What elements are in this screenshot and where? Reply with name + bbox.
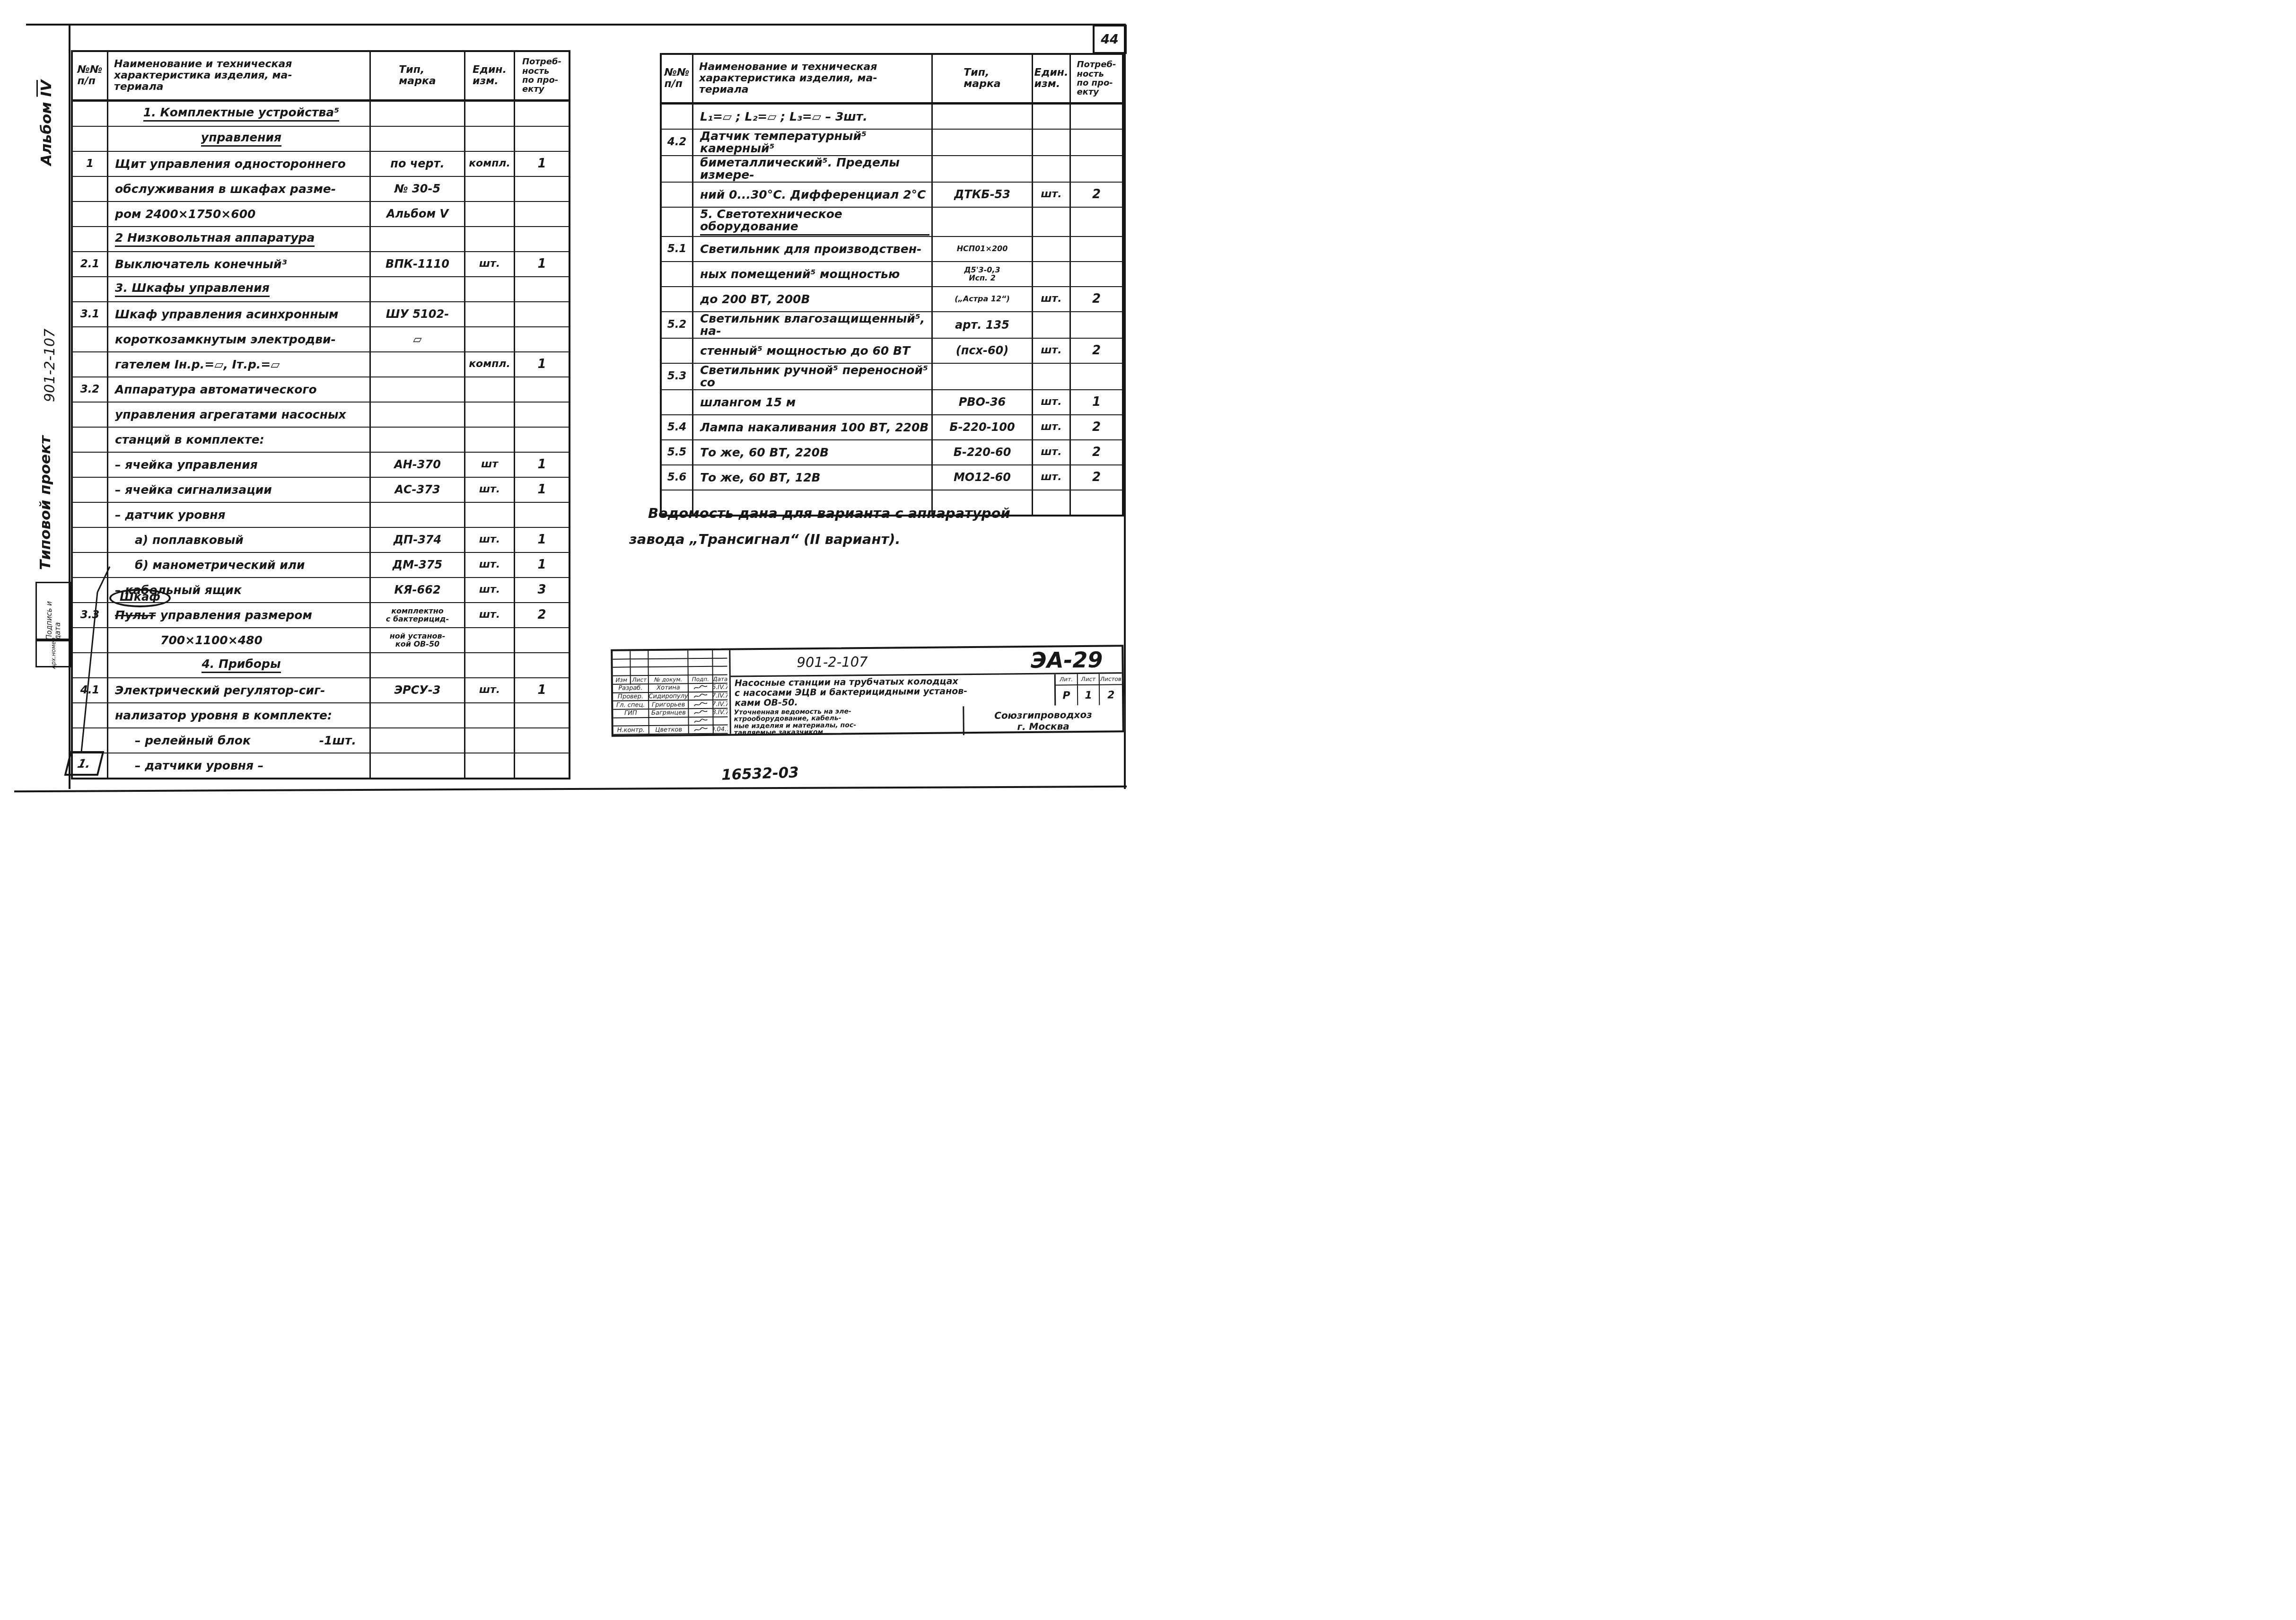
item-name-text: Шкаф управления асинхронным	[115, 308, 338, 321]
item-name-text: 1. Комплектные устройства⁵	[143, 106, 339, 122]
quantity: 2	[515, 603, 569, 627]
page-number: 44	[1101, 32, 1119, 47]
row-number	[662, 287, 693, 311]
table-row: ных помещений⁵ мощностьюД5'3-0,3 Исп. 2	[662, 262, 1122, 287]
row-number	[662, 183, 693, 207]
quantity	[515, 102, 569, 126]
signature-date: 17.IV.79	[713, 692, 727, 701]
type-mark	[371, 352, 465, 377]
table-row: короткозамкнутым электродви-▱	[73, 327, 569, 352]
item-name-text: шлангом 15 м	[700, 396, 796, 409]
revision-cell	[613, 668, 631, 676]
frame-right-line	[1124, 24, 1126, 789]
note-line-1: Ведомость дана для варианта с аппаратуро…	[629, 500, 1010, 526]
quantity: 2	[1071, 415, 1122, 439]
item-name-text: 700×1100×480	[160, 634, 263, 647]
unit	[1033, 312, 1071, 338]
footnote-marker-box: 1.	[64, 751, 105, 776]
row-number: 5.2	[662, 312, 693, 338]
item-name-text: – релейный блок	[135, 735, 251, 747]
item-name-text: станций в комплекте:	[115, 434, 264, 446]
col-type-header: Тип, марка	[933, 55, 1033, 102]
revision-cell	[648, 659, 688, 667]
item-name-text: Щит управления одностороннего	[115, 158, 346, 170]
type-mark	[371, 703, 465, 727]
scanned-drawing-sheet: 44 Альбом IV 901-2-107 Типовой проект По…	[0, 0, 1148, 810]
type-mark: № 30-5	[371, 177, 465, 201]
quantity	[515, 177, 569, 201]
type-mark	[371, 428, 465, 452]
quantity	[1071, 312, 1122, 338]
unit: шт.	[1033, 415, 1071, 439]
table-row: станций в комплекте:	[73, 428, 569, 453]
unit	[1033, 105, 1071, 129]
quantity: 1	[515, 352, 569, 377]
item-name: гателем Iн.р.=▱, Iт.р.=▱	[108, 352, 371, 377]
revision-cell	[613, 651, 631, 659]
page-number-box: 44	[1093, 25, 1127, 54]
table-row: – датчик уровня	[73, 503, 569, 528]
revision-header-cell: № докум.	[649, 675, 689, 684]
table-row: 2 Низковольтная аппаратура	[73, 227, 569, 252]
row-number: 3.2	[73, 377, 108, 402]
signature	[689, 726, 714, 734]
table-row: 5.3Светильник ручной⁵ переносной⁵ со	[662, 364, 1122, 390]
row-number	[73, 227, 108, 251]
type-mark	[371, 753, 465, 778]
item-name: короткозамкнутым электродви-	[108, 327, 371, 351]
col-name-header: Наименование и техническая характеристик…	[693, 55, 933, 102]
signature	[689, 717, 713, 726]
equipment-table-right: №№ п/п Наименование и техническая характ…	[660, 53, 1124, 517]
revision-cell	[613, 659, 631, 668]
unit	[1033, 364, 1071, 389]
col-name-header: Наименование и техническая характеристик…	[108, 52, 371, 99]
row-number	[73, 177, 108, 201]
item-name-text: ром 2400×1750×600	[115, 208, 255, 220]
signer-role: Гл. спец.	[613, 701, 649, 709]
type-mark: МО12-60	[933, 465, 1033, 490]
unit: компл.	[465, 352, 515, 377]
item-name: – датчик уровня	[108, 503, 371, 527]
table-row: 3.3ШкафПультуправления размеромкомплектн…	[73, 603, 569, 628]
type-mark	[933, 130, 1033, 155]
item-name: – датчики уровня –	[108, 753, 371, 778]
quantity	[515, 653, 569, 677]
row-number	[73, 553, 108, 577]
item-name: Датчик температурный⁵ камерный⁵	[693, 130, 933, 155]
unit: компл.	[465, 152, 515, 176]
revision-cell	[713, 667, 727, 675]
sidebar-project-code: 901-2-107	[42, 329, 58, 402]
item-name-text: обслуживания в шкафах разме-	[115, 183, 336, 195]
project-code: 901-2-107	[797, 654, 868, 670]
revision-cell	[688, 650, 713, 659]
type-mark: арт. 135	[933, 312, 1033, 338]
quantity	[515, 277, 569, 301]
unit: шт.	[1033, 183, 1071, 207]
item-name: ром 2400×1750×600	[108, 202, 371, 226]
item-name-text: а) поплавковый	[135, 534, 244, 546]
row-number	[73, 327, 108, 351]
equipment-table-left: №№ п/п Наименование и техническая характ…	[71, 50, 570, 779]
quantity	[515, 428, 569, 452]
unit: шт.	[1033, 465, 1071, 490]
item-name: управления агрегатами насосных	[108, 403, 371, 427]
quantity: 3	[515, 578, 569, 602]
table-row: гателем Iн.р.=▱, Iт.р.=▱компл.1	[73, 352, 569, 377]
unit: шт.	[465, 252, 515, 276]
item-name-text: То же, 60 ВТ, 220В	[700, 447, 829, 459]
item-name-text: короткозамкнутым электродви-	[115, 333, 336, 346]
row-number	[73, 277, 108, 301]
item-name-text: ных помещений⁵ мощностью	[700, 268, 900, 280]
type-mark	[371, 102, 465, 126]
revision-cell	[688, 659, 713, 667]
quantity	[1071, 237, 1122, 261]
unit	[465, 503, 515, 527]
type-mark	[371, 277, 465, 301]
type-mark: ДП-374	[371, 528, 465, 552]
table-row: 3. Шкафы управления	[73, 277, 569, 302]
table-row: 700×1100×480ной установ- кой ОВ-50	[73, 628, 569, 653]
revision-cell	[631, 651, 648, 659]
item-name: Светильник ручной⁵ переносной⁵ со	[693, 364, 933, 389]
row-number	[662, 339, 693, 363]
unit	[465, 653, 515, 677]
signer-name: Сидиропулу	[649, 692, 689, 701]
quantity: 2	[1071, 440, 1122, 464]
title-block-middle: Насосные станции на трубчатых колодцах с…	[731, 674, 1122, 708]
frame-top-line	[26, 24, 1126, 26]
signature-date: 17.IV.79	[713, 701, 727, 709]
title-block-codes: 901-2-107 ЭА-29	[730, 647, 1122, 677]
type-mark	[933, 156, 1033, 182]
type-mark	[371, 403, 465, 427]
type-mark	[371, 227, 465, 251]
type-mark: Д5'3-0,3 Исп. 2	[933, 262, 1033, 286]
signature	[689, 701, 713, 709]
type-mark: („Астра 12“)	[933, 287, 1033, 311]
table-body-left: 1. Комплектные устройства⁵управления1Щит…	[73, 102, 569, 778]
item-name: То же, 60 ВТ, 220В	[693, 440, 933, 464]
item-name: Шкаф управления асинхронным	[108, 302, 371, 326]
quantity	[1071, 364, 1122, 389]
row-number: 5.1	[662, 237, 693, 261]
quantity	[515, 703, 569, 727]
unit: шт.	[1033, 440, 1071, 464]
sidebar-album-label: Альбом IV	[38, 80, 55, 166]
item-name-text: – датчик уровня	[115, 509, 226, 521]
item-name-text: 5. Светотехническое оборудование	[700, 208, 929, 236]
item-name: 4. Приборы	[108, 653, 371, 677]
signer-name: Хотина	[649, 684, 689, 692]
unit: шт.	[1033, 287, 1071, 311]
quantity: 2	[1071, 287, 1122, 311]
quantity: 2	[1071, 465, 1122, 490]
quantity	[515, 753, 569, 778]
item-name: 2 Низковольтная аппаратура	[108, 227, 371, 251]
unit	[465, 127, 515, 151]
type-mark	[371, 728, 465, 753]
table-row: ний 0...30°С. Дифференциал 2°СДТКБ-53шт.…	[662, 183, 1122, 208]
table-row: 5.1Светильник для производствен-НСП01×20…	[662, 237, 1122, 262]
unit	[465, 753, 515, 778]
table-row: б) манометрический илиДМ-375шт.1	[73, 553, 569, 578]
item-name: нализатор уровня в комплекте:	[108, 703, 371, 727]
signer-name: Григорьев	[649, 701, 689, 709]
item-name: обслуживания в шкафах разме-	[108, 177, 371, 201]
quantity: 1	[515, 528, 569, 552]
unit: шт.	[465, 603, 515, 627]
table-row: биметаллический⁵. Пределы измере-	[662, 156, 1122, 183]
album-number: IV	[38, 80, 55, 97]
quantity	[1071, 130, 1122, 155]
signature-date	[713, 717, 727, 726]
table-row: 3.1Шкаф управления асинхроннымШУ 5102-	[73, 302, 569, 327]
row-number: 3.1	[73, 302, 108, 326]
quantity: 1	[515, 453, 569, 477]
item-name: б) манометрический или	[108, 553, 371, 577]
signature	[689, 684, 713, 692]
type-mark	[371, 503, 465, 527]
title-block: ИзмЛист№ докум.Подп.ДатаРазраб.Хотина16.…	[611, 645, 1124, 736]
item-name-text: биметаллический⁵. Пределы измере-	[700, 157, 929, 181]
row-number	[73, 503, 108, 527]
revision-cell	[713, 650, 727, 659]
type-mark: комплектно с бактерицид-	[371, 603, 465, 627]
unit: шт.	[465, 678, 515, 702]
signer-name	[649, 718, 689, 726]
unit	[465, 428, 515, 452]
revision-cell	[631, 659, 648, 668]
revision-header-cell: Дата	[713, 675, 727, 684]
table-row: 3.2Аппаратура автоматического	[73, 377, 569, 403]
item-name: Электрический регулятор-сиг-	[108, 678, 371, 702]
table-row: 4. Приборы	[73, 653, 569, 678]
quantity: 2	[1071, 183, 1122, 207]
quantity	[515, 728, 569, 753]
table-row: а) поплавковыйДП-374шт.1	[73, 528, 569, 553]
col-num-header: №№ п/п	[73, 52, 108, 99]
quantity	[515, 628, 569, 652]
table-row: 1Щит управления одностороннегопо черт.ко…	[73, 152, 569, 177]
signature	[689, 709, 713, 718]
revision-cell	[713, 658, 727, 667]
unit: шт.	[1033, 390, 1071, 414]
unit: шт.	[1033, 339, 1071, 363]
item-name-text: – ячейка управления	[115, 459, 258, 471]
row-number	[73, 127, 108, 151]
revision-signature-grid: ИзмЛист№ докум.Подп.ДатаРазраб.Хотина16.…	[613, 650, 731, 735]
type-mark: ДТКБ-53	[933, 183, 1033, 207]
item-name: 3. Шкафы управления	[108, 277, 371, 301]
row-number: 5.5	[662, 440, 693, 464]
table-row: 4.1Электрический регулятор-сиг-ЭРСУ-3шт.…	[73, 678, 569, 703]
revision-cell	[649, 667, 689, 676]
item-name-text: ний 0...30°С. Дифференциал 2°С	[700, 189, 926, 201]
quantity	[515, 202, 569, 226]
item-name-text: 3. Шкафы управления	[115, 282, 270, 297]
correction-crossed-word: Пульт	[115, 609, 156, 622]
row-number	[73, 352, 108, 377]
quantity: 1	[1071, 390, 1122, 414]
drawing-title: Насосные станции на трубчатых колодцах с…	[731, 674, 1056, 709]
type-mark	[933, 364, 1033, 389]
item-name: шлангом 15 м	[693, 390, 933, 414]
item-name: – ячейка управления	[108, 453, 371, 477]
item-name: 5. Светотехническое оборудование	[693, 208, 933, 236]
unit	[1033, 208, 1071, 236]
item-name: – ячейка сигнализации	[108, 478, 371, 502]
row-number	[73, 202, 108, 226]
item-name: биметаллический⁵. Пределы измере-	[693, 156, 933, 182]
unit	[465, 227, 515, 251]
col-qty-header: Потреб- ность по про- екту	[515, 52, 569, 99]
row-number	[73, 528, 108, 552]
quantity	[515, 377, 569, 402]
unit	[465, 628, 515, 652]
table-row: шлангом 15 мРВО-36шт.1	[662, 390, 1122, 415]
signer-role: Разраб.	[613, 684, 649, 693]
item-name: – релейный блок-1шт.	[108, 728, 371, 753]
table-row: 5.4Лампа накаливания 100 ВТ, 220ВБ-220-1…	[662, 415, 1122, 440]
type-mark	[371, 653, 465, 677]
item-name-text: 2 Низковольтная аппаратура	[115, 232, 315, 247]
variant-note: Ведомость дана для варианта с аппаратуро…	[629, 500, 1010, 552]
revision-cell	[631, 667, 649, 676]
type-mark: АС-373	[371, 478, 465, 502]
row-number	[73, 453, 108, 477]
table-row: 5.2Светильник влагозащищенный⁵, на-арт. …	[662, 312, 1122, 339]
item-name-text: – ячейка сигнализации	[115, 484, 272, 496]
signer-name: Багрянцев	[649, 709, 689, 718]
type-mark: ВПК-1110	[371, 252, 465, 276]
quantity: 2	[1071, 339, 1122, 363]
archive-code: 16532-03	[721, 764, 799, 784]
signer-role	[613, 718, 649, 727]
signature	[689, 692, 713, 701]
row-number	[73, 653, 108, 677]
type-mark	[933, 105, 1033, 129]
row-number	[662, 262, 693, 286]
col-unit-header: Един. изм.	[465, 52, 515, 99]
item-name: Лампа накаливания 100 ВТ, 220В	[693, 415, 933, 439]
table-row: управления агрегатами насосных	[73, 403, 569, 428]
table-row: 5. Светотехническое оборудование	[662, 208, 1122, 237]
lit-header-cell: Лист	[1078, 674, 1100, 685]
item-name: 700×1100×480	[108, 628, 371, 652]
table-row: 5.5То же, 60 ВТ, 220ВБ-220-60шт.2	[662, 440, 1122, 465]
type-mark: НСП01×200	[933, 237, 1033, 261]
table-row: обслуживания в шкафах разме-№ 30-5	[73, 177, 569, 202]
signer-role: Провер.	[613, 693, 649, 701]
row-number	[73, 403, 108, 427]
row-number	[73, 478, 108, 502]
col-num-header: №№ п/п	[662, 55, 693, 102]
unit	[465, 327, 515, 351]
type-mark: Б-220-100	[933, 415, 1033, 439]
row-number	[662, 390, 693, 414]
document-type: Уточненная ведомость на эле- ктрооборудо…	[731, 706, 964, 737]
row-number: 5.4	[662, 415, 693, 439]
item-name-text: б) манометрический или	[135, 559, 305, 571]
revision-header-cell: Подп.	[689, 675, 713, 684]
table-row: ром 2400×1750×600Альбом V	[73, 202, 569, 227]
item-name-text: управления размером	[160, 609, 312, 622]
frame-left-line	[69, 24, 70, 789]
item-name-text: L₁=▱ ; L₂=▱ ; L₃=▱ – 3шт.	[700, 111, 868, 123]
item-name-text: Выключатель конечный³	[115, 258, 287, 271]
lit-value-cell: 1	[1078, 685, 1100, 705]
unit	[465, 177, 515, 201]
item-name-text: гателем Iн.р.=▱, Iт.р.=▱	[115, 359, 280, 371]
row-number: 2.1	[73, 252, 108, 276]
unit: шт.	[465, 478, 515, 502]
item-name: ШкафПультуправления размером	[108, 603, 371, 627]
quantity	[515, 127, 569, 151]
album-word: Альбом	[38, 97, 55, 166]
item-name: L₁=▱ ; L₂=▱ ; L₃=▱ – 3шт.	[693, 105, 933, 129]
lit-list-block: Лит.ЛистЛистовР12	[1056, 674, 1122, 705]
item-name: до 200 ВТ, 200В	[693, 287, 933, 311]
item-name: стенный⁵ мощностью до 60 ВТ	[693, 339, 933, 363]
item-name: Аппаратура автоматического	[108, 377, 371, 402]
signer-name: Цветков	[649, 726, 689, 735]
item-name-text: Датчик температурный⁵ камерный⁵	[700, 130, 929, 155]
type-mark: ной установ- кой ОВ-50	[371, 628, 465, 652]
quantity	[1071, 208, 1122, 236]
footnote-marker: 1.	[76, 757, 92, 771]
inline-quantity: -1шт.	[319, 735, 368, 747]
sheet-code: ЭА-29	[1031, 647, 1103, 673]
row-number: 3.3	[73, 603, 108, 627]
type-mark	[371, 377, 465, 402]
quantity	[515, 327, 569, 351]
lit-value-cell: 2	[1100, 685, 1122, 705]
unit	[465, 377, 515, 402]
lit-value-cell: Р	[1056, 685, 1078, 705]
row-number	[73, 428, 108, 452]
table-row: 2.1Выключатель конечный³ВПК-1110шт.1	[73, 252, 569, 277]
item-name: станций в комплекте:	[108, 428, 371, 452]
item-name-text: Лампа накаливания 100 ВТ, 220В	[700, 421, 929, 434]
quantity: 1	[515, 252, 569, 276]
revision-cell	[689, 667, 713, 675]
col-unit-header: Един. изм.	[1033, 55, 1071, 102]
row-number	[73, 102, 108, 126]
table-header: №№ п/п Наименование и техническая характ…	[662, 55, 1122, 105]
revision-cell	[648, 650, 688, 659]
row-number	[662, 156, 693, 182]
item-name: Светильник для производствен-	[693, 237, 933, 261]
quantity	[1071, 262, 1122, 286]
signature-date-box: Подпись и дата	[35, 582, 71, 641]
signature-date: 18.IV.79	[713, 709, 727, 717]
row-number: 4.1	[73, 678, 108, 702]
item-name: ний 0...30°С. Дифференциал 2°С	[693, 183, 933, 207]
unit: шт.	[465, 578, 515, 602]
archive-number-box: Арх.номер	[35, 639, 71, 667]
type-mark: ▱	[371, 327, 465, 351]
unit	[465, 403, 515, 427]
table-row: – ячейка сигнализацииАС-373шт.1	[73, 478, 569, 503]
type-mark: Б-220-60	[933, 440, 1033, 464]
type-mark: по черт.	[371, 152, 465, 176]
unit	[1033, 262, 1071, 286]
type-mark: Альбом V	[371, 202, 465, 226]
signature-date-label: Подпись и дата	[45, 583, 62, 640]
